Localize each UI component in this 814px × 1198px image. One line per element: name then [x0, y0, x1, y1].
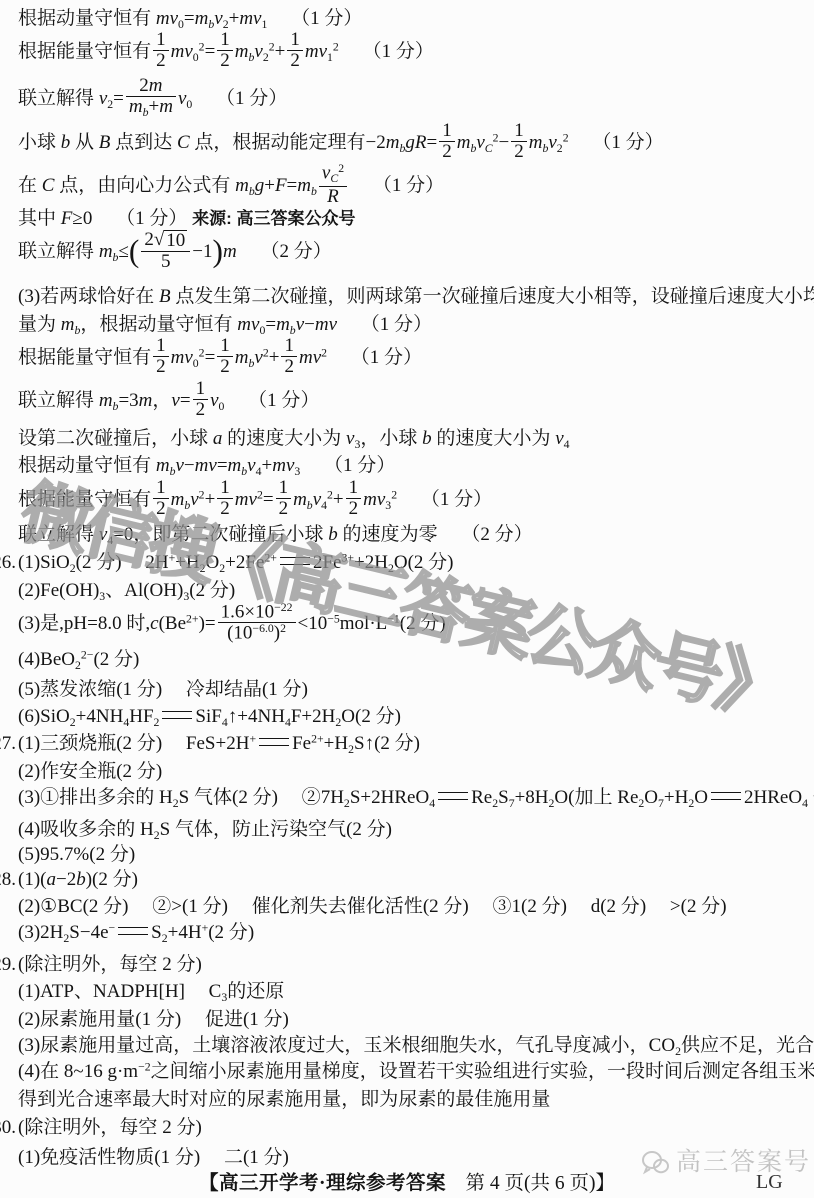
answer-line: 根据动量守恒有 mbv−mv=mbv4+mv3 （1 分） — [18, 454, 395, 479]
answer-line: (1)免疫活性物质(1 分) 二(1 分) — [18, 1146, 289, 1170]
answer-line: (6)SiO2+4NH4HF2SiF4↑+4NH4F+2H2O(2 分) — [18, 705, 401, 730]
double-bond-equals — [118, 927, 148, 935]
footer-code: LG — [756, 1170, 783, 1195]
answer-line: (3)2H2S−4e−S2+4H+(2 分) — [18, 921, 254, 946]
answer-line: 联立解得 v2=2mmb+mv0 （1 分） — [18, 78, 287, 121]
answer-line: (5)蒸发浓缩(1 分) 冷却结晶(1 分) — [18, 678, 308, 702]
answer-line: 设第二次碰撞后，小球 a 的速度大小为 v3，小球 b 的速度大小为 v4 — [18, 427, 570, 452]
answer-line: (4)BeO22−(2 分) — [18, 648, 139, 673]
answer-line: 28.(1)(a−2b)(2 分) — [18, 868, 138, 892]
question-number: 30. — [0, 1116, 16, 1140]
answer-line: 根据能量守恒有12mv02=12mbv22+12mv12 （1 分） — [18, 32, 434, 73]
answer-line: 29.(除注明外，每空 2 分) — [18, 953, 202, 977]
answer-line: (4)在 8~16 g·m−2之间缩小尿素施用量梯度，设置若干实验组进行实验，一… — [18, 1060, 814, 1084]
answer-line: (2)①BC(2 分) ②>(1 分) 催化剂失去催化活性(2 分) ③1(2 … — [18, 895, 727, 919]
answer-line: 根据动量守恒有 mv0=mbv2+mv1 （1 分） — [18, 7, 362, 32]
exam-answer-page: { "page": {"width": 814, "height": 1198,… — [0, 0, 814, 1198]
page-footer: 【高三开学考·理综参考答案 第 4 页(共 6 页)】 — [0, 1172, 814, 1196]
answer-line: 其中 F≥0 （1 分） 来源: 高三答案公众号 — [18, 207, 356, 231]
question-number: 28. — [0, 868, 16, 892]
answer-line: 26.(1)SiO2(2 分) 2H++H2O2+2Fe2+2Fe3++2H2O… — [18, 551, 453, 576]
footer-title: 【高三开学考·理综参考答案 — [199, 1173, 446, 1194]
answer-line: (3)尿素施用量过高，土壤溶液浓度过大，玉米根细胞失水，气孔导度减小，CO2供应… — [18, 1034, 814, 1059]
double-bond-equals — [259, 738, 289, 746]
answer-line: (3)①排出多余的 H2S 气体(2 分) ②7H2S+2HReO4Re2S7+… — [18, 786, 814, 811]
footer-page-number: 第 4 页(共 6 页)】 — [446, 1173, 615, 1194]
answer-line: (2)尿素施用量(1 分) 促进(1 分) — [18, 1008, 289, 1032]
double-bond-equals — [438, 792, 468, 800]
answer-line: 联立解得 v4=0，即第二次碰撞后小球 b 的速度为零 （2 分） — [18, 523, 533, 548]
answer-line: 在 C 点，由向心力公式有 mbg+F=mbvC2R （1 分） — [18, 165, 444, 209]
answer-line: (3)若两球恰好在 B 点发生第二次碰撞，则两球第一次碰撞后速度大小相等，设碰撞… — [18, 285, 814, 309]
answer-line: (2)Fe(OH)3、Al(OH)3(2 分) — [18, 579, 235, 604]
answer-line: (2)作安全瓶(2 分) — [18, 760, 162, 784]
answer-line: (1)ATP、NADPH[H] C3的还原 — [18, 980, 284, 1005]
question-number: 29. — [0, 953, 16, 977]
answer-line: 联立解得 mb≤(2√105−1)m （2 分） — [18, 232, 332, 274]
double-bond-equals — [711, 792, 741, 800]
answer-line: 小球 b 从 B 点到达 C 点，根据动能定理有−2mbgR=12mbvC2−1… — [18, 123, 664, 164]
answer-line: 得到光合速率最大时对应的尿素施用量，即为尿素的最佳施用量 — [18, 1088, 550, 1112]
answer-line: (3)是,pH=8.0 时,c(Be2+)=1.6×10−22(10−6.0)2… — [18, 604, 446, 646]
answer-sheet: 根据动量守恒有 mv0=mbv2+mv1 （1 分）根据能量守恒有12mv02=… — [0, 0, 814, 1198]
answer-line: 根据能量守恒有12mv02=12mbv2+12mv2 （1 分） — [18, 338, 422, 379]
answer-line: (4)吸收多余的 H2S 气体，防止污染空气(2 分) — [18, 818, 392, 843]
answer-line: 30.(除注明外，每空 2 分) — [18, 1116, 202, 1140]
question-number: 27. — [0, 732, 16, 756]
answer-line: 27.(1)三颈烧瓶(2 分) FeS+2H+Fe2++H2S↑(2 分) — [18, 732, 420, 757]
answer-line: 联立解得 mb=3m，v=12v0 （1 分） — [18, 381, 319, 422]
answer-line: 根据能量守恒有12mbv2+12mv2=12mbv42+12mv32 （1 分） — [18, 480, 492, 521]
question-number: 26. — [0, 551, 16, 575]
answer-line: (5)95.7%(2 分) — [18, 843, 135, 867]
double-bond-equals — [162, 711, 192, 719]
double-bond-equals — [280, 557, 310, 565]
